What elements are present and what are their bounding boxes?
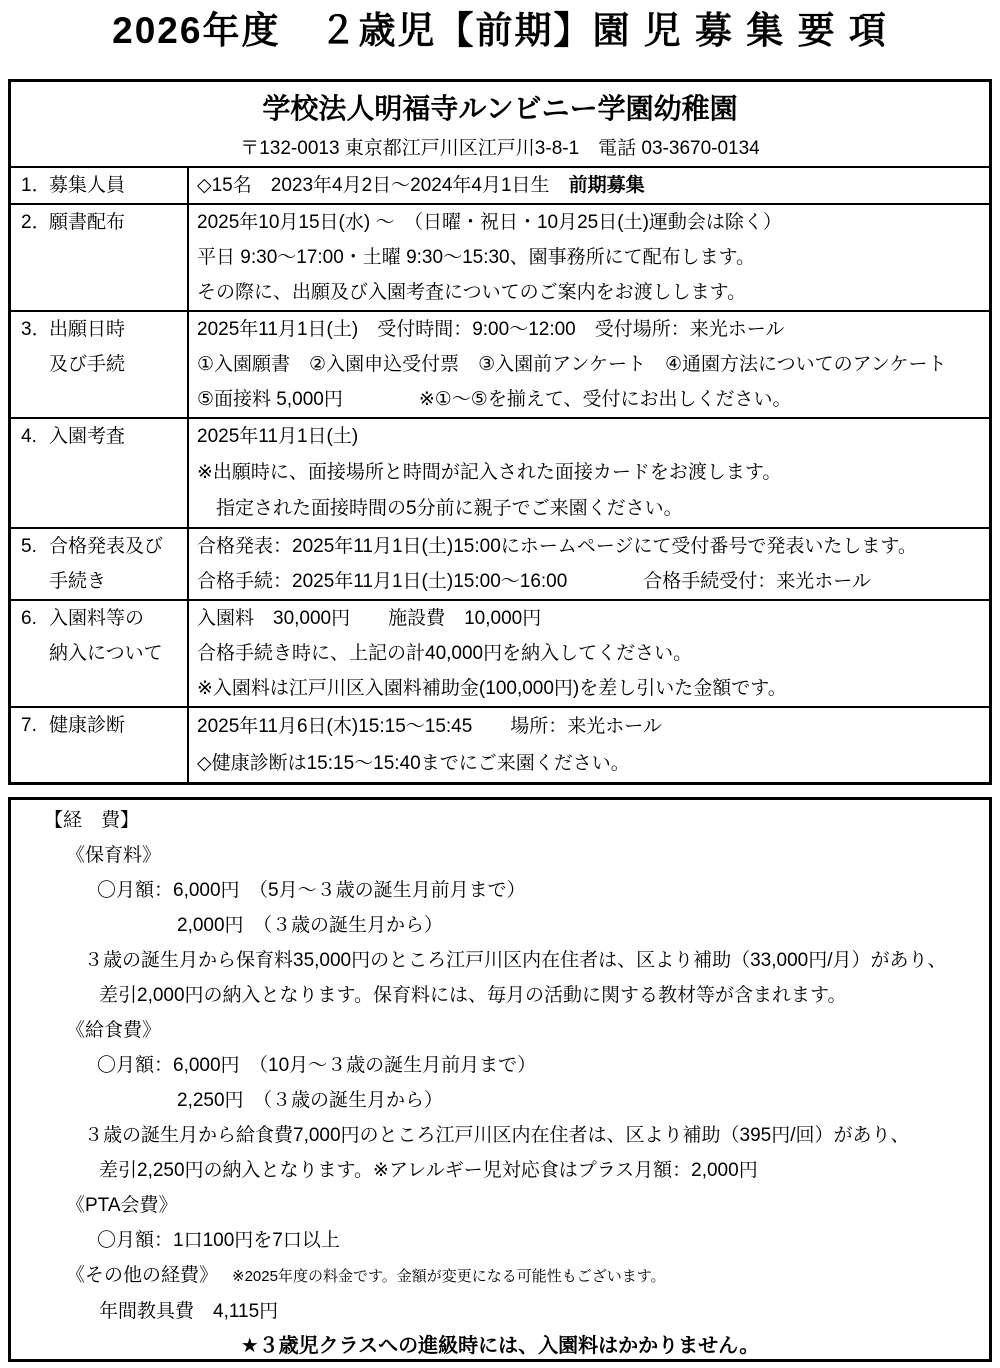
row-content-text: 2025年11月6日(木)15:15〜15:45 場所：来光ホール (197, 708, 983, 745)
row-label-text: 納入について (21, 636, 183, 671)
table-row: 2．願書配布 2025年10月15日(水) 〜 （日曜・祝日・10月25日(土)… (11, 205, 989, 312)
row-content-text: ①入園願書 ②入園申込受付票 ③入園前アンケート ④通園方法についてのアンケート (197, 347, 983, 382)
expense-line: 〇月額：1口100円を7口以上 (11, 1223, 989, 1258)
expense-line: 差引2,250円の納入となります。※アレルギー児対応食はプラス月額：2,000円 (11, 1153, 989, 1188)
row-content-bold-text: 前期募集 (569, 175, 645, 196)
expense-section-heading: 《保育料》 (11, 838, 989, 873)
row-content-text: 合格手続：2025年11月1日(土)15:00〜16:00 合格手続受付：来光ホ… (197, 564, 983, 599)
row-number: 2． (21, 205, 49, 240)
row-label: 3．出願日時 及び手続 (11, 312, 189, 417)
row-number: 1． (21, 168, 49, 203)
row-label: 6.入園料等の 納入について (11, 601, 189, 706)
row-content-text: 指定された面接時間の5分前に親子でご来園ください。 (197, 491, 983, 527)
row-content-text: ◇15名 2023年4月2日〜2024年4月1日生 (197, 175, 569, 196)
row-label-text: 入園料等の (49, 608, 144, 629)
expense-section-heading: 《その他の経費》※2025年度の料金です。金額が変更になる可能性もございます。 (11, 1258, 989, 1294)
expense-note: ※2025年度の料金です。金額が変更になる可能性もございます。 (218, 1268, 666, 1285)
row-content-text: その際に、出願及び入園考査についてのご案内をお渡しします。 (197, 275, 983, 310)
expenses-box: 【経 費】 《保育料》 〇月額：6,000円 （5月〜３歳の誕生月前月まで） 2… (8, 797, 992, 1362)
row-label: 2．願書配布 (11, 205, 189, 310)
document-page: 2026年度 ２歳児【前期】園 児 募 集 要 項 学校法人明福寺ルンビニー学園… (0, 0, 1000, 56)
row-label-text: 合格発表及び (49, 536, 163, 557)
expense-line: 差引2,000円の納入となります。保育料には、毎月の活動に関する教材等が含まれま… (11, 978, 989, 1013)
row-content-text: 入園料 30,000円 施設費 10,000円 (197, 601, 983, 636)
row-content-text: 2025年11月1日(土) 受付時間：9:00〜12:00 受付場所：来光ホール (197, 312, 983, 347)
row-content: 2025年10月15日(水) 〜 （日曜・祝日・10月25日(土)運動会は除く）… (189, 205, 989, 310)
row-content-text: 平日 9:30〜17:00・土曜 9:30〜15:30、園事務所にて配布します。 (197, 240, 983, 275)
table-row: 5.合格発表及び 手続き 合格発表：2025年11月1日(土)15:00にホーム… (11, 529, 989, 601)
row-label-text: 募集人員 (49, 175, 125, 196)
row-content-text: ⑤面接料 5,000円 ※①〜⑤を揃えて、受付にお出しください。 (197, 382, 983, 417)
page-title: 2026年度 ２歳児【前期】園 児 募 集 要 項 (0, 0, 1000, 56)
row-content-text: 2025年10月15日(水) 〜 （日曜・祝日・10月25日(土)運動会は除く） (197, 205, 983, 240)
row-number: 5. (21, 529, 49, 564)
row-number: 4. (21, 419, 49, 454)
row-label-text: 健康診断 (49, 715, 125, 736)
row-content: 2025年11月1日(土) 受付時間：9:00〜12:00 受付場所：来光ホール… (189, 312, 989, 417)
table-row: 3．出願日時 及び手続 2025年11月1日(土) 受付時間：9:00〜12:0… (11, 312, 989, 419)
row-content: 合格発表：2025年11月1日(土)15:00にホームページにて受付番号で発表い… (189, 529, 989, 599)
expense-line: 2,000円 （３歳の誕生月から） (11, 908, 989, 943)
expense-line: 年間教具費 4,115円 (11, 1294, 989, 1329)
row-label: 1．募集人員 (11, 168, 189, 203)
row-label-text: 手続き (21, 564, 183, 599)
table-header: 学校法人明福寺ルンビニー学園幼稚園 〒132-0013 東京都江戸川区江戸川3-… (11, 82, 989, 168)
recruitment-table: 学校法人明福寺ルンビニー学園幼稚園 〒132-0013 東京都江戸川区江戸川3-… (8, 79, 992, 785)
row-content: 2025年11月1日(土) ※出願時に、面接場所と時間が記入された面接カードをお… (189, 419, 989, 527)
table-row: 4.入園考査 2025年11月1日(土) ※出願時に、面接場所と時間が記入された… (11, 419, 989, 529)
expense-section-heading: 《給食費》 (11, 1013, 989, 1048)
row-content-text: ※出願時に、面接場所と時間が記入された面接カードをお渡します。 (197, 455, 983, 491)
row-content-text: ※入園料は江戸川区入園料補助金(100,000円)を差し引いた金額です。 (197, 671, 983, 706)
expense-line: 2,250円 （３歳の誕生月から） (11, 1083, 989, 1118)
row-label-text: 願書配布 (49, 212, 125, 233)
row-number: 6. (21, 601, 49, 636)
row-number: 7. (21, 708, 49, 743)
expense-line: 〇月額：6,000円 （5月〜３歳の誕生月前月まで） (11, 873, 989, 908)
row-label: 4.入園考査 (11, 419, 189, 527)
row-number: 3． (21, 312, 49, 347)
expense-line: ３歳の誕生月から保育料35,000円のところ江戸川区内在住者は、区より補助（33… (11, 943, 989, 978)
expense-line: ３歳の誕生月から給食費7,000円のところ江戸川区内在住者は、区より補助（395… (11, 1118, 989, 1153)
row-content-text: ◇健康診断は15:15〜15:40までにご来園ください。 (197, 745, 983, 782)
expense-footnote: ★３歳児クラスへの進級時には、入園料はかかりません。 (11, 1329, 989, 1364)
table-row: 1．募集人員 ◇15名 2023年4月2日〜2024年4月1日生 前期募集 (11, 168, 989, 205)
expense-section-heading-text: 《その他の経費》 (66, 1265, 218, 1286)
expenses-heading: 【経 費】 (11, 803, 989, 838)
expense-line: 〇月額：6,000円 （10月〜３歳の誕生月前月まで） (11, 1048, 989, 1083)
row-label: 7.健康診断 (11, 708, 189, 782)
row-label-text: 出願日時 (49, 319, 125, 340)
row-label: 5.合格発表及び 手続き (11, 529, 189, 599)
expense-section-heading: 《PTA会費》 (11, 1188, 989, 1223)
row-content-text: 合格発表：2025年11月1日(土)15:00にホームページにて受付番号で発表い… (197, 529, 983, 564)
school-name: 学校法人明福寺ルンビニー学園幼稚園 (11, 82, 989, 134)
school-address: 〒132-0013 東京都江戸川区江戸川3-8-1 電話 03-3670-013… (11, 134, 989, 166)
row-content-text: 2025年11月1日(土) (197, 419, 983, 455)
table-row: 6.入園料等の 納入について 入園料 30,000円 施設費 10,000円 合… (11, 601, 989, 708)
row-content: 2025年11月6日(木)15:15〜15:45 場所：来光ホール ◇健康診断は… (189, 708, 989, 782)
row-content: ◇15名 2023年4月2日〜2024年4月1日生 前期募集 (189, 168, 989, 203)
row-label-text: 及び手続 (21, 347, 183, 382)
row-content: 入園料 30,000円 施設費 10,000円 合格手続き時に、上記の計40,0… (189, 601, 989, 706)
row-content-text: 合格手続き時に、上記の計40,000円を納入してください。 (197, 636, 983, 671)
row-label-text: 入園考査 (49, 426, 125, 447)
table-row: 7.健康診断 2025年11月6日(木)15:15〜15:45 場所：来光ホール… (11, 708, 989, 782)
